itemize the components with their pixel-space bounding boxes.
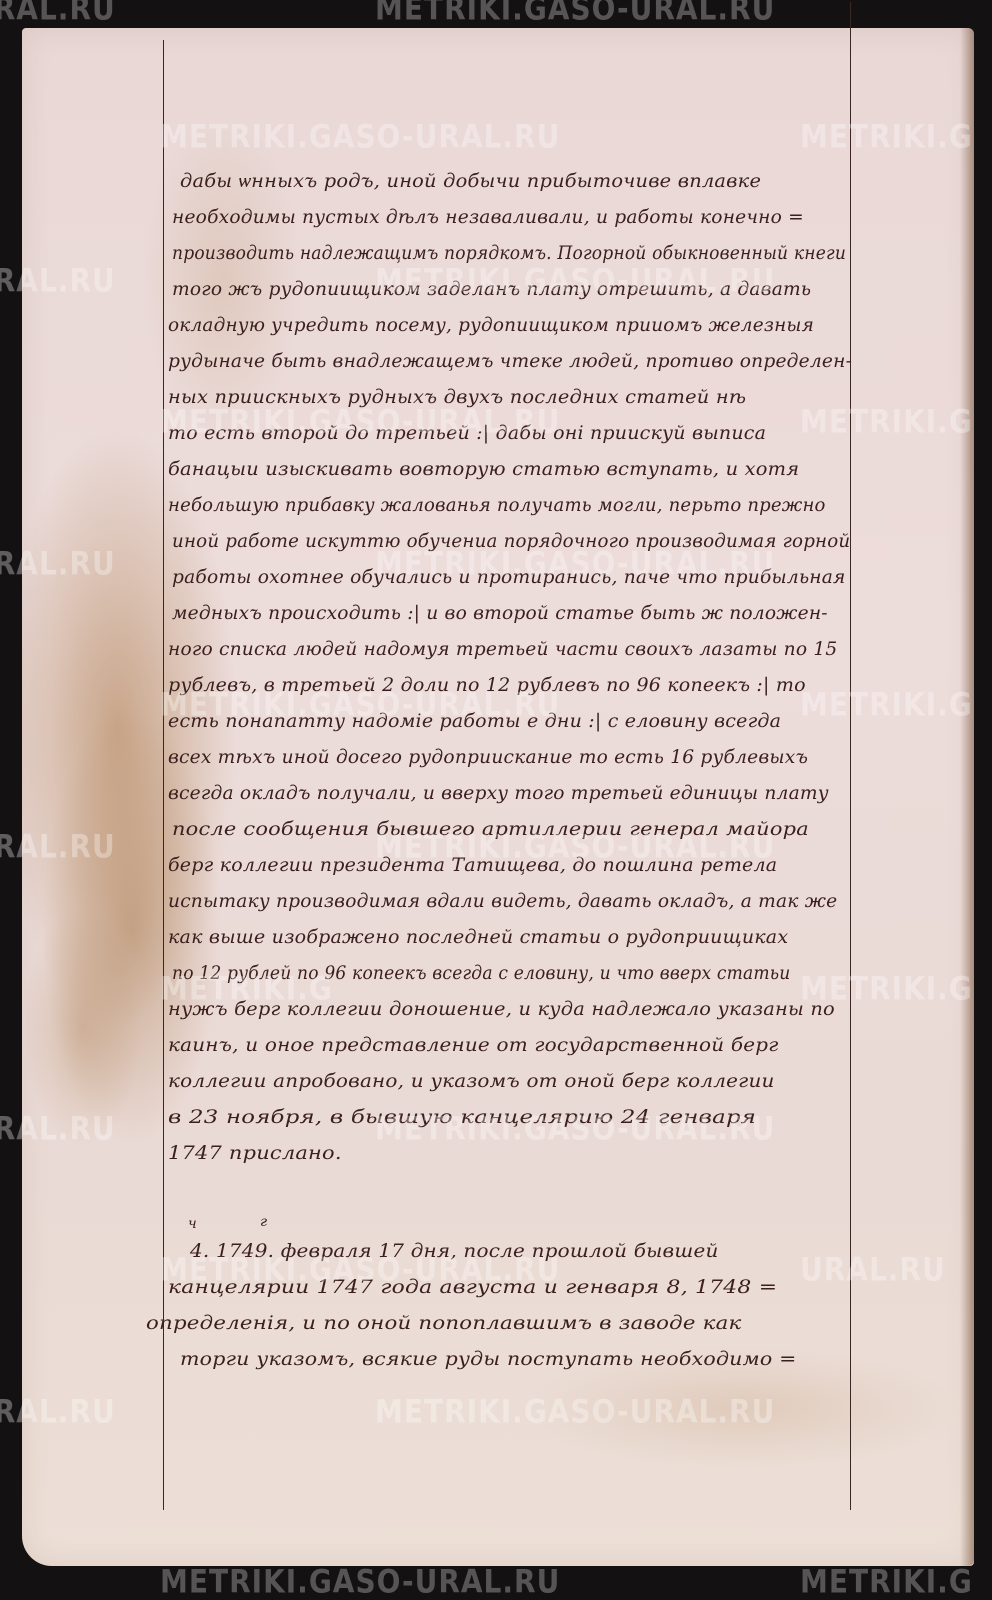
manuscript-line: определенія, и по оной попоплавшимъ в за… xyxy=(146,1312,741,1334)
manuscript-line: нужъ берг коллегии доношение, и куда над… xyxy=(168,998,835,1020)
manuscript-line: как выше изображено последней статьи о р… xyxy=(168,926,788,948)
manuscript-line: торги указомъ, всякие руды поступать нео… xyxy=(180,1348,797,1370)
manuscript-line: коллегии апробовано, и указомъ от оной б… xyxy=(168,1070,775,1092)
scan-background: дабы ѡнныхъ родъ, иной добычи прибыточив… xyxy=(0,0,992,1600)
manuscript-line: небольшую прибавку жалованья получать мо… xyxy=(168,494,826,516)
paragraph-mark: г xyxy=(260,1214,267,1230)
manuscript-line: 4. 1749. февраля 17 дня, после прошлой б… xyxy=(190,1240,719,1262)
manuscript-line: всегда окладъ получали, и вверху того тр… xyxy=(168,782,829,804)
manuscript-line: берг коллегии президента Татищева, до по… xyxy=(168,854,777,876)
manuscript-line: в 23 ноября, в бывшую канцелярию 24 генв… xyxy=(168,1106,756,1128)
paragraph-mark: ч xyxy=(188,1216,197,1232)
watermark: METRIKI.G xyxy=(800,1563,973,1600)
manuscript-line: необходимы пустых дѣлъ незаваливали, и р… xyxy=(172,206,804,228)
manuscript-line: рублевъ, в третьей 2 доли по 12 рублевъ … xyxy=(168,674,806,696)
manuscript-line: работы охотнее обучались и протиранись, … xyxy=(172,566,846,588)
manuscript-line: всех тѣхъ иной досего рудоприискание то … xyxy=(168,746,808,768)
manuscript-line: есть понапатту надоміе работы е дни :| с… xyxy=(168,710,781,732)
manuscript-line: медныхъ происходить :| и во второй стать… xyxy=(172,602,828,624)
manuscript-line: рудыначе быть внадлежащемъ чтеке людей, … xyxy=(168,350,852,372)
left-margin-rule xyxy=(163,40,164,1510)
watermark: METRIKI.GASO-URAL.RU xyxy=(160,1563,560,1600)
watermark: METRIKI.GASO-URAL.RU xyxy=(375,0,775,27)
manuscript-line: после сообщения бывшего артиллерии генер… xyxy=(172,818,809,840)
manuscript-line: окладную учредить посему, рудопиищиком п… xyxy=(168,314,814,336)
right-margin-rule xyxy=(850,2,851,1510)
manuscript-line: то есть второй до третьей :| дабы оні пр… xyxy=(168,422,766,444)
manuscript-line: производить надлежащимъ порядкомъ. Погор… xyxy=(172,242,846,264)
manuscript-line: того жъ рудопиищиком заделанъ плату отре… xyxy=(172,278,811,300)
manuscript-line: каинъ, и оное представление от государст… xyxy=(168,1034,779,1056)
manuscript-line: банацыи изыскивать вовторую статью вступ… xyxy=(168,458,799,480)
manuscript-line: испытаку производимая вдали видеть, дава… xyxy=(168,890,837,912)
manuscript-line: по 12 рублей по 96 копеекъ всегда с елов… xyxy=(172,962,790,984)
manuscript-line: дабы ѡнныхъ родъ, иной добычи прибыточив… xyxy=(180,170,761,193)
manuscript-line: канцелярии 1747 года августа и генваря 8… xyxy=(168,1276,777,1298)
watermark: URAL.RU xyxy=(0,0,116,27)
manuscript-line: 1747 прислано. xyxy=(168,1142,342,1164)
manuscript-line: иной работе искуттю обучениa порядочного… xyxy=(172,530,850,552)
manuscript-line: ного списка людей надомуя третьей части … xyxy=(168,638,837,660)
page-edge xyxy=(960,28,974,1566)
manuscript-line: ных приискныхъ рудныхъ двухъ последних с… xyxy=(168,386,746,408)
